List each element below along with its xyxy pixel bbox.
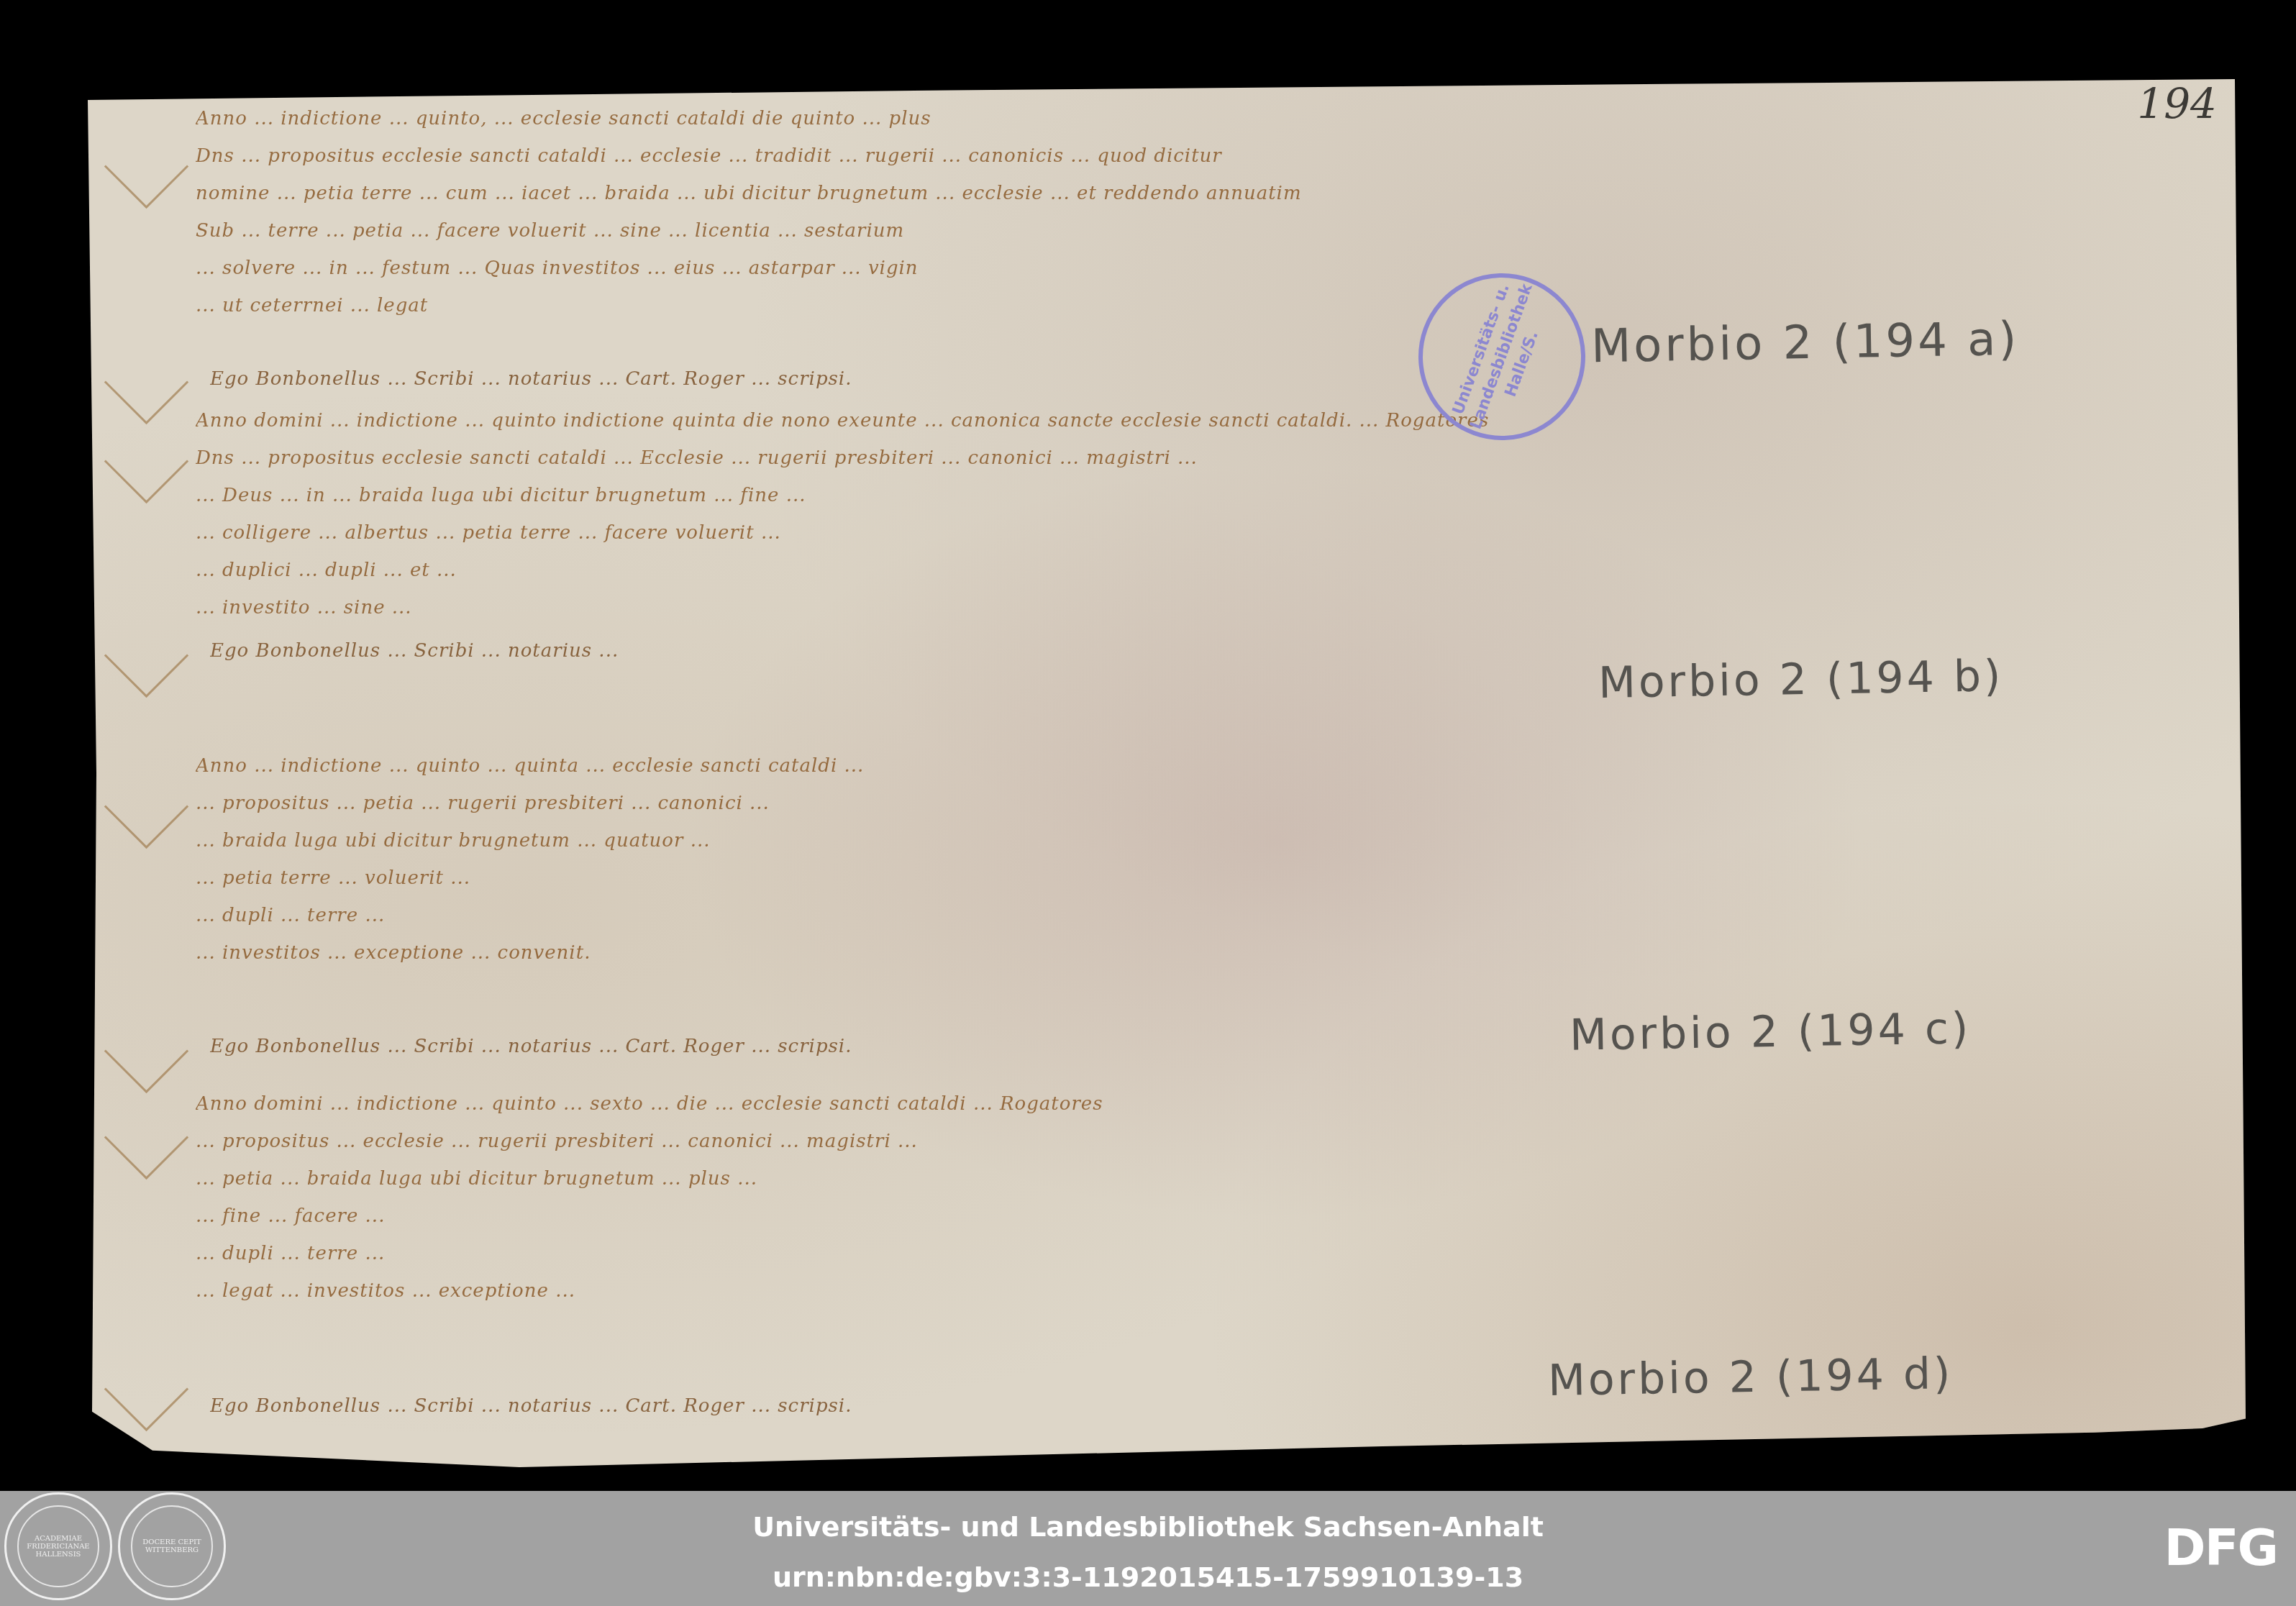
charter-line: ... petia ... braida luga ubi dicitur br…	[196, 1168, 2188, 1190]
institution-name: Universitäts- und Landesbibliothek Sachs…	[752, 1511, 1544, 1543]
shelfmark-annotation: Morbio 2 (194 c)	[1569, 1003, 1971, 1061]
notary-signature: Ego Bonbonellus ... Scribi ... notarius …	[210, 368, 1095, 390]
shelfmark-annotation: Morbio 2 (194 b)	[1598, 651, 2004, 708]
notary-signum-icon	[104, 1095, 188, 1180]
charter-line: Sub ... terre ... petia ... facere volue…	[196, 220, 2188, 242]
charter-line: Anno ... indictione ... quinto ... quint…	[196, 755, 2188, 777]
charter-line: Dns ... propositus ecclesie sancti catal…	[196, 145, 2188, 167]
shelfmark-annotation: Morbio 2 (194 a)	[1590, 313, 2020, 373]
notary-signum-icon	[104, 124, 188, 209]
charter-line: ... fine ... facere ...	[196, 1205, 2188, 1227]
charter-line: nomine ... petia terre ... cum ... iacet…	[196, 183, 2188, 204]
charter-line: ... dupli ... terre ...	[196, 905, 2188, 926]
charter-line: ... Deus ... in ... braida luga ubi dici…	[196, 485, 2188, 506]
image-viewer: 194 Anno ... indictione ... quinto, ... …	[0, 0, 2296, 1491]
library-stamp: Universitäts- u. Landesbibliothek Halle/…	[1395, 250, 1608, 463]
notary-signum-icon	[104, 613, 188, 698]
charter-line: ... investitos ... exceptione ... conven…	[196, 942, 2188, 964]
charter-line: Anno domini ... indictione ... quinto ..…	[196, 1093, 2188, 1115]
charter-line: Dns ... propositus ecclesie sancti catal…	[196, 447, 2188, 469]
charter-line: ... propositus ... petia ... rugerii pre…	[196, 793, 2188, 814]
urn-identifier: urn:nbn:de:gbv:3:3-1192015415-1759910139…	[0, 1557, 2296, 1597]
notary-signum-icon	[104, 419, 188, 503]
charter-line: ... duplici ... dupli ... et ...	[196, 560, 2188, 581]
charter-line: ... investito ... sine ...	[196, 597, 2188, 619]
charter-line: ... petia terre ... voluerit ...	[196, 867, 2188, 889]
charter-line: Anno ... indictione ... quinto, ... eccl…	[196, 108, 2188, 129]
shelfmark-annotation: Morbio 2 (194 d)	[1547, 1349, 1954, 1406]
notary-signum-icon	[104, 1347, 188, 1431]
notary-signum-icon	[104, 1009, 188, 1093]
notary-signature: Ego Bonbonellus ... Scribi ... notarius …	[210, 1395, 1008, 1417]
notary-signum-icon	[104, 765, 188, 849]
charter-line: Anno domini ... indictione ... quinto in…	[196, 410, 2188, 432]
dfg-logo: DFG	[2164, 1518, 2277, 1577]
notary-signature: Ego Bonbonellus ... Scribi ... notarius …	[210, 1036, 1023, 1057]
charter-line: ... dupli ... terre ...	[196, 1243, 2188, 1264]
notary-signum-icon	[104, 340, 188, 424]
charter-line: ... ut ceterrnei ... legat	[196, 295, 1382, 316]
charter-line: ... colligere ... albertus ... petia ter…	[196, 522, 2188, 544]
notary-signature: Ego Bonbonellus ... Scribi ... notarius …	[210, 640, 1023, 662]
charter-line: ... legat ... investitos ... exceptione …	[196, 1280, 2188, 1302]
footer-caption: Universitäts- und Landesbibliothek Sachs…	[0, 1507, 2296, 1597]
charter-line: ... propositus ... ecclesie ... rugerii …	[196, 1131, 2188, 1152]
charter-line: ... braida luga ubi dicitur brugnetum ..…	[196, 830, 2188, 852]
charter-line: ... solvere ... in ... festum ... Quas i…	[196, 257, 2188, 279]
footer-bar: ACADEMIAE FRIDERICIANAE HALLENSIS DOCERE…	[0, 1491, 2296, 1606]
parchment-document: 194 Anno ... indictione ... quinto, ... …	[88, 79, 2246, 1467]
